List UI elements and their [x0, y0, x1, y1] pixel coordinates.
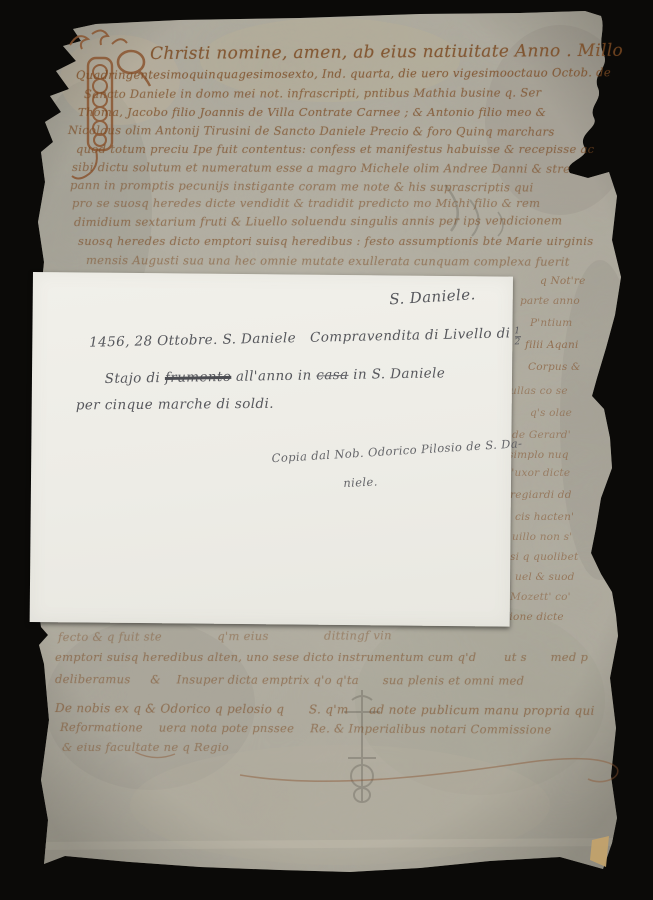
manuscript-fragment: si q quolibet — [510, 552, 578, 563]
struck-word: frumento — [165, 368, 232, 385]
slip-subject: Compravendita di Livello di — [310, 325, 511, 345]
manuscript-line: pann in promptis pecunijs instigante cor… — [70, 180, 534, 194]
manuscript-fragment: cis hacten' — [515, 512, 574, 523]
manuscript-fragment: parte anno — [520, 296, 580, 307]
manuscript-fragment: ullas co se — [510, 386, 568, 397]
slip-copyist-line: niele. — [343, 476, 378, 491]
manuscript-fragment: Mozett' co' — [510, 592, 571, 603]
slip-header: S. Daniele. — [388, 286, 475, 308]
manuscript-line: pro se suosq heredes dicte vendidit & tr… — [72, 198, 540, 210]
manuscript-line: dimidium sextarium fruti & Liuello solue… — [74, 215, 562, 228]
manuscript-fragment: q's olae — [530, 408, 572, 419]
fraction-one-half: 12 — [514, 327, 521, 347]
manuscript-line: fecto & q fuit ste q'm eius dittingf vin — [58, 630, 392, 643]
manuscript-line: suosq heredes dicto emptori suisq heredi… — [78, 236, 593, 248]
manuscript-line: Sancto Daniele in domo mei not. infrascr… — [84, 87, 541, 100]
slashed-word: casa — [316, 366, 348, 383]
manuscript-fragment: e'uxor dicte — [505, 468, 570, 479]
manuscript-line: mensis Augusti sua una hec omnie mutate … — [86, 255, 570, 268]
manuscript-fragment: simplo nuq — [508, 450, 569, 461]
manuscript-fragment: uel & suod — [515, 572, 575, 583]
manuscript-fragment: uillo non s' — [512, 532, 572, 543]
slip-price-line: per cinque marche di soldi. — [76, 397, 274, 414]
archivist-slip: S. Daniele. 1456, 28 Ottobre. S. Daniele… — [30, 272, 513, 627]
manuscript-line: Nicolaus olim Antonij Tirusini de Sancto… — [68, 125, 555, 138]
manuscript-line: & eius facultate ne q Regio — [62, 742, 229, 754]
manuscript-line: Quadringentesimoquinquagesimosexto, Ind.… — [76, 67, 611, 81]
manuscript-line: deliberamus & Insuper dicta emptrix q'o … — [55, 674, 524, 687]
slip-copyist-line: Copia dal Nob. Odorico Pilosio de S. Da- — [271, 437, 522, 465]
manuscript-fragment: P'ntium — [530, 318, 572, 329]
manuscript-line: Christi nomine, amen, ab eius natiuitate… — [150, 43, 623, 63]
manuscript-line: De nobis ex q & Odorico q pelosio q S. q… — [55, 702, 595, 717]
manuscript-line: Thoma, Jacobo filio Joannis de Villa Con… — [78, 107, 546, 119]
manuscript-line: quod totum preciu Ipe fuit contentus: co… — [76, 144, 594, 156]
manuscript-fragment: tione dicte — [505, 612, 564, 623]
manuscript-line: sibi dictu solutum et numeratum esse a m… — [72, 162, 570, 175]
manuscript-line: Reformatione uera nota pote pnssee Re. &… — [60, 722, 552, 736]
manuscript-fragment: regiardi dd — [510, 490, 572, 501]
manuscript-fragment: q Not're — [540, 276, 586, 287]
manuscript-line: emptori suisq heredibus alten, uno sese … — [55, 652, 588, 664]
manuscript-fragment: Corpus & — [528, 362, 581, 373]
slip-date: 1456, 28 Ottobre. S. Daniele — [89, 330, 296, 351]
photo-stage: Christi nomine, amen, ab eius natiuitate… — [0, 0, 653, 900]
manuscript-fragment: filii Aqani — [525, 340, 579, 351]
